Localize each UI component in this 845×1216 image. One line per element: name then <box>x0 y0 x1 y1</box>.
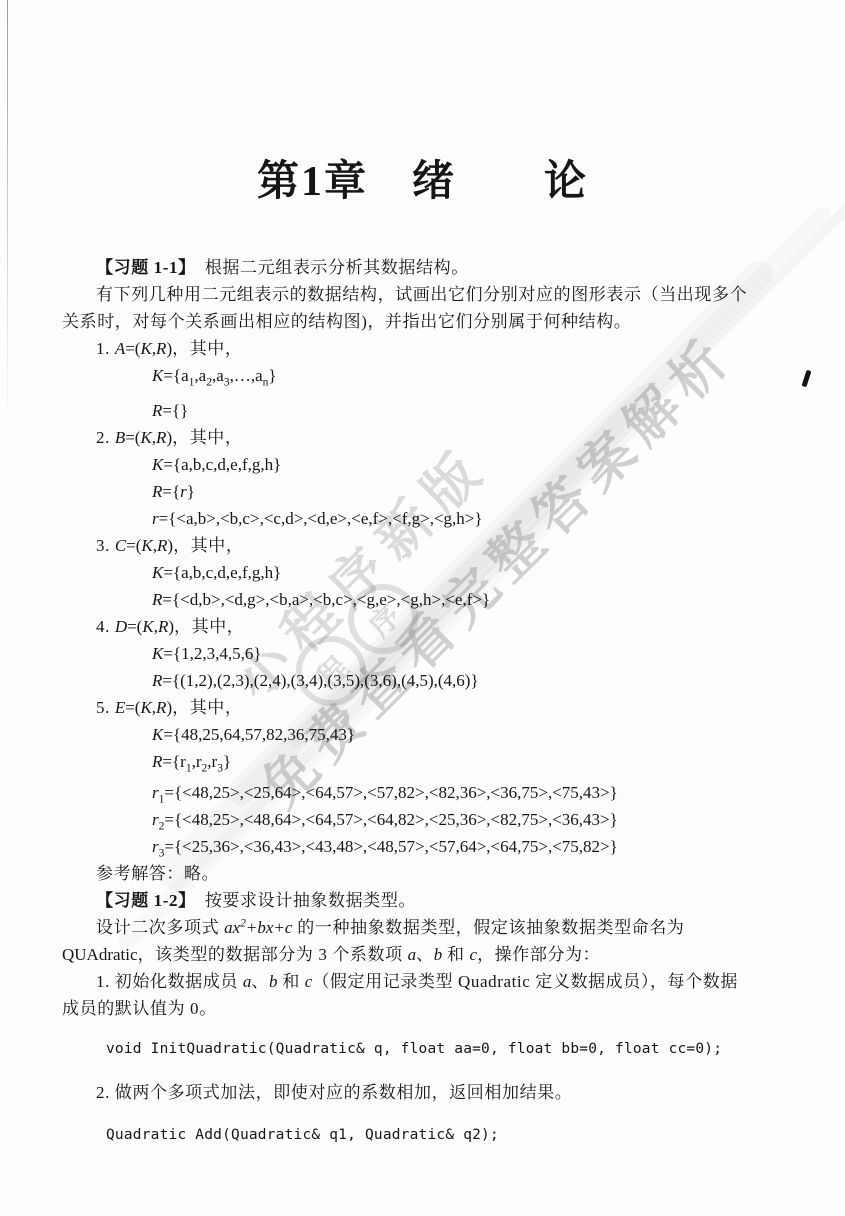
text-segment: R <box>152 590 162 609</box>
text-segment: K <box>152 563 163 582</box>
text-segment: ，操作部分为： <box>477 945 600 964</box>
text-segment: ={(1,2),(2,3),(2,4),(3,4),(3,5),(3,6),(4… <box>162 671 478 690</box>
text-segment: ={} <box>162 401 188 420</box>
scan-edge-line <box>7 0 8 430</box>
text-segment: R <box>152 401 162 420</box>
text-line: 1. 初始化数据成员 a、b 和 c（假定用记录类型 Quadratic 定义数… <box>62 968 787 995</box>
text-segment: } <box>187 482 195 501</box>
text-segment: R <box>157 536 167 555</box>
text-segment: 【习题 1-2】 <box>96 891 187 910</box>
list-item-line: 2. B=(K,R)，其中， <box>62 424 787 451</box>
text-line: 设计二次多项式 ax2+bx+c 的一种抽象数据类型，假定该抽象数据类型命名为 <box>62 914 787 941</box>
text-segment: （假定用记录类型 Quadratic 定义数据成员），每个数据 <box>312 972 738 991</box>
text-segment: ={ <box>162 482 180 501</box>
text-segment: R <box>156 339 166 358</box>
text-segment: ax <box>224 918 240 937</box>
text-segment: ，该类型的数据部分为 3 个系数项 <box>138 945 408 964</box>
text-segment: ={<a,b>,<b,c>,<c,d>,<d,e>,<e,f>,<f,g>,<g… <box>159 509 483 528</box>
text-segment: 3. <box>96 536 115 555</box>
stray-ink-mark-icon <box>801 370 811 388</box>
text-segment: =( <box>125 428 140 447</box>
text-segment: =( <box>126 536 141 555</box>
text-segment: ={1,2,3,4,5,6} <box>163 644 261 663</box>
text-line: 【习题 1-1】 根据二元组表示分析其数据结构。 <box>62 254 787 281</box>
text-segment: B <box>115 428 125 447</box>
math-definition-line: R={r1,r2,r3} <box>62 748 787 775</box>
text-segment: K <box>140 339 151 358</box>
text-segment: A <box>115 339 125 358</box>
text-segment: K <box>152 366 163 385</box>
math-definition-line: r2={<48,25>,<48,64>,<64,57>,<64,82>,<25,… <box>62 806 787 833</box>
text-segment: a <box>408 945 417 964</box>
text-segment: 参考解答：略。 <box>96 864 219 883</box>
text-segment: 2. <box>96 428 115 447</box>
text-segment: r <box>152 509 159 528</box>
math-definition-line: K={48,25,64,57,82,36,75,43} <box>62 721 787 748</box>
text-segment: 的一种抽象数据类型，假定该抽象数据类型命名为 <box>292 918 684 937</box>
math-definition-line: R={<d,b>,<d,g>,<b,a>,<b,c>,<g,e>,<g,h>,<… <box>62 586 787 613</box>
code-line: void InitQuadratic(Quadratic& q, float a… <box>62 1036 787 1063</box>
list-item-line: 5. E=(K,R)，其中， <box>62 694 787 721</box>
text-segment: =( <box>125 339 140 358</box>
exercise-text-block: 【习题 1-1】 根据二元组表示分析其数据结构。有下列几种用二元组表示的数据结构… <box>62 254 787 1149</box>
math-definition-line: r1={<48,25>,<25,64>,<64,57>,<57,82>,<82,… <box>62 779 787 806</box>
text-segment: ,r <box>192 752 202 771</box>
text-segment: 、 <box>251 972 269 991</box>
text-segment: D <box>115 617 127 636</box>
text-segment: ,a <box>212 366 224 385</box>
text-segment: ={<48,25>,<48,64>,<64,57>,<64,82>,<25,36… <box>164 810 617 829</box>
text-segment: 4. <box>96 617 115 636</box>
chapter-title: 第1章 绪 论 <box>0 148 845 208</box>
math-definition-line: K={a1,a2,a3,…,an} <box>62 362 787 389</box>
text-segment: R <box>152 671 162 690</box>
text-segment: ,r <box>207 752 217 771</box>
code-line: Quadratic Add(Quadratic& q1, Quadratic& … <box>62 1122 787 1149</box>
text-segment: b <box>434 945 443 964</box>
text-segment: K <box>152 725 163 744</box>
list-item-line: 1. A=(K,R)，其中， <box>62 335 787 362</box>
text-segment: r <box>180 482 187 501</box>
text-segment: =( <box>125 698 140 717</box>
text-segment: 有下列几种用二元组表示的数据结构，试画出它们分别对应的图形表示（当出现多个 <box>96 285 747 304</box>
text-segment: r <box>152 810 159 829</box>
math-definition-line: R={r} <box>62 478 787 505</box>
text-segment: C <box>115 536 126 555</box>
text-segment: 关系时，对每个关系画出相应的结构图)，并指出它们分别属于何种结构。 <box>62 312 631 331</box>
math-definition-line: R={} <box>62 397 787 424</box>
text-line: 关系时，对每个关系画出相应的结构图)，并指出它们分别属于何种结构。 <box>62 308 787 335</box>
text-segment: ，其中， <box>172 339 242 358</box>
text-segment: c <box>470 945 478 964</box>
math-definition-line: r={<a,b>,<b,c>,<c,d>,<d,e>,<e,f>,<f,g>,<… <box>62 505 787 532</box>
text-segment: ={a,b,c,d,e,f,g,h} <box>163 455 281 474</box>
text-line: 参考解答：略。 <box>62 860 787 887</box>
text-segment: K <box>152 644 163 663</box>
math-definition-line: K={a,b,c,d,e,f,g,h} <box>62 451 787 478</box>
text-segment: 设计二次多项式 <box>96 918 224 937</box>
text-segment: 和 <box>442 945 469 964</box>
text-segment: ={a <box>163 366 188 385</box>
text-segment: ,…,a <box>230 366 263 385</box>
text-segment: ，其中， <box>172 428 242 447</box>
text-segment: 5. <box>96 698 115 717</box>
text-segment: E <box>115 698 125 717</box>
text-segment: R <box>158 617 168 636</box>
text-segment: 成员的默认值为 0。 <box>62 999 217 1018</box>
text-segment: K <box>152 455 163 474</box>
text-segment: 和 <box>277 972 304 991</box>
text-segment: R <box>152 482 162 501</box>
document-page: 程 序 小程序新版 免费查看完整答案解析 第1章 绪 论 【习题 1-1】 根据… <box>0 0 845 1216</box>
text-segment: } <box>268 366 276 385</box>
text-segment: K <box>140 698 151 717</box>
text-segment: QUAdratic <box>62 945 138 964</box>
text-segment: ={a,b,c,d,e,f,g,h} <box>163 563 281 582</box>
text-segment: Quadratic Add(Quadratic& q1, Quadratic& … <box>106 1127 499 1143</box>
text-segment: ={<48,25>,<25,64>,<64,57>,<57,82>,<82,36… <box>164 783 617 802</box>
text-segment: void InitQuadratic(Quadratic& q, float a… <box>106 1041 722 1057</box>
text-segment: ，其中， <box>174 617 244 636</box>
text-segment: K <box>142 617 153 636</box>
math-definition-line: R={(1,2),(2,3),(2,4),(3,4),(3,5),(3,6),(… <box>62 667 787 694</box>
text-segment: R <box>156 428 166 447</box>
text-line: QUAdratic，该类型的数据部分为 3 个系数项 a、b 和 c，操作部分为… <box>62 941 787 968</box>
math-definition-line: r3={<25,36>,<36,43>,<43,48>,<48,57>,<57,… <box>62 833 787 860</box>
text-segment: ={<d,b>,<d,g>,<b,a>,<b,c>,<g,e>,<g,h>,<e… <box>162 590 490 609</box>
text-segment: ,a <box>194 366 206 385</box>
text-segment: 根据二元组表示分析其数据结构。 <box>187 258 469 277</box>
text-segment: +bx+c <box>246 918 293 937</box>
text-line: 2. 做两个多项式加法，即使对应的系数相加，返回相加结果。 <box>62 1079 787 1106</box>
text-segment: 、 <box>416 945 434 964</box>
math-definition-line: K={1,2,3,4,5,6} <box>62 640 787 667</box>
text-segment: r <box>152 783 159 802</box>
text-segment: ，其中， <box>173 536 243 555</box>
text-segment: 1. 初始化数据成员 <box>96 972 243 991</box>
text-segment: K <box>141 536 152 555</box>
text-segment: R <box>156 698 166 717</box>
text-segment: ={<25,36>,<36,43>,<43,48>,<48,57>,<57,64… <box>164 837 617 856</box>
text-segment: 按要求设计抽象数据类型。 <box>187 891 416 910</box>
list-item-line: 4. D=(K,R)，其中， <box>62 613 787 640</box>
text-segment: r <box>152 837 159 856</box>
text-segment: R <box>152 752 162 771</box>
text-segment: K <box>140 428 151 447</box>
list-item-line: 3. C=(K,R)，其中， <box>62 532 787 559</box>
text-segment: 【习题 1-1】 <box>96 258 187 277</box>
text-line: 成员的默认值为 0。 <box>62 995 787 1022</box>
text-segment: ={r <box>162 752 185 771</box>
text-segment: } <box>223 752 231 771</box>
text-line: 有下列几种用二元组表示的数据结构，试画出它们分别对应的图形表示（当出现多个 <box>62 281 787 308</box>
math-definition-line: K={a,b,c,d,e,f,g,h} <box>62 559 787 586</box>
text-segment: ={48,25,64,57,82,36,75,43} <box>163 725 355 744</box>
text-line: 【习题 1-2】 按要求设计抽象数据类型。 <box>62 887 787 914</box>
text-segment: ，其中， <box>172 698 242 717</box>
text-segment: =( <box>127 617 142 636</box>
text-segment: 1. <box>96 339 115 358</box>
text-segment: 2. 做两个多项式加法，即使对应的系数相加，返回相加结果。 <box>96 1083 572 1102</box>
